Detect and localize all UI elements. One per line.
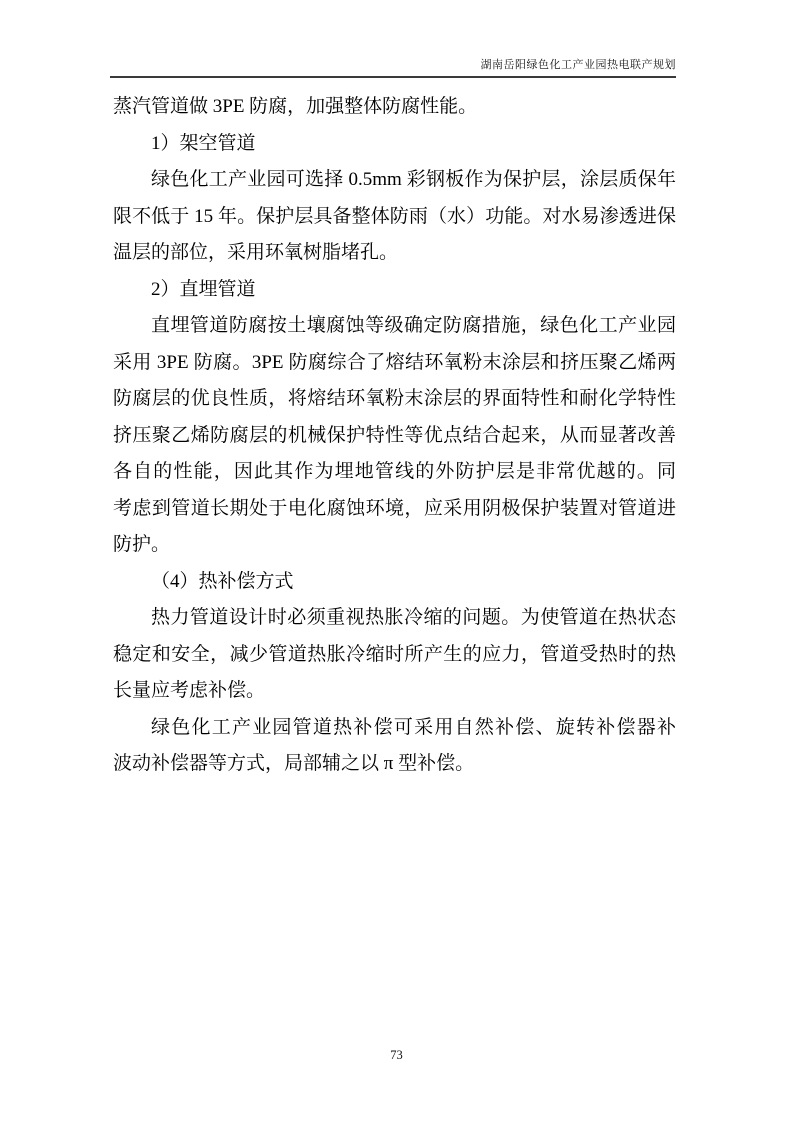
text-line: 热力管道设计时必须重视热胀冷缩的问题。为使管道在热状态下 — [113, 600, 676, 637]
text-line: 长量应考虑补偿。 — [113, 673, 676, 710]
text-line: 温层的部位，采用环氧树脂堵孔。 — [113, 235, 676, 272]
text-line: 挤压聚乙烯防腐层的机械保护特性等优点结合起来，从而显著改善了 — [113, 418, 676, 455]
header-title: 湖南岳阳绿色化工产业园热电联产规划 — [481, 56, 677, 72]
text-line: 稳定和安全，减少管道热胀冷缩时所产生的应力，管道受热时的热伸 — [113, 637, 676, 674]
list-heading: 2）直埋管道 — [113, 272, 676, 309]
text-line: 采用 3PE 防腐。3PE 防腐综合了熔结环氧粉末涂层和挤压聚乙烯两种 — [113, 345, 676, 382]
text-line: 绿色化工产业园可选择 0.5mm 彩钢板作为保护层，涂层质保年 — [113, 162, 676, 199]
text-line: 防护。 — [113, 527, 676, 564]
text-line: 各自的性能，因此其作为埋地管线的外防护层是非常优越的。同时， — [113, 454, 676, 491]
document-body: 蒸汽管道做 3PE 防腐，加强整体防腐性能。 1）架空管道 绿色化工产业园可选择… — [113, 89, 676, 783]
text-line: 直埋管道防腐按土壤腐蚀等级确定防腐措施，绿色化工产业园可 — [113, 308, 676, 345]
text-line: 波动补偿器等方式，局部辅之以 π 型补偿。 — [113, 746, 676, 783]
text-line: 考虑到管道长期处于电化腐蚀环境，应采用阴极保护装置对管道进行 — [113, 491, 676, 528]
list-heading: 1）架空管道 — [113, 126, 676, 163]
text-line: 限不低于 15 年。保护层具备整体防雨（水）功能。对水易渗透进保 — [113, 199, 676, 236]
header-rule — [110, 76, 676, 78]
document-page: 湖南岳阳绿色化工产业园热电联产规划 蒸汽管道做 3PE 防腐，加强整体防腐性能。… — [0, 0, 793, 1122]
text-line: 防腐层的优良性质，将熔结环氧粉末涂层的界面特性和耐化学特性与 — [113, 381, 676, 418]
page-number: 73 — [390, 1048, 403, 1062]
text-line: 绿色化工产业园管道热补偿可采用自然补偿、旋转补偿器补偿、 — [113, 710, 676, 747]
page-footer: 73 — [0, 1046, 793, 1064]
list-heading: （4）热补偿方式 — [113, 564, 676, 601]
text-line: 蒸汽管道做 3PE 防腐，加强整体防腐性能。 — [113, 89, 676, 126]
